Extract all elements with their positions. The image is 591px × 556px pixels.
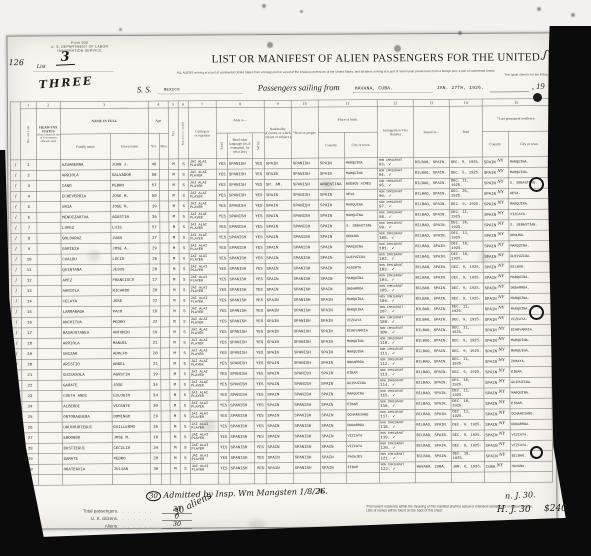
cell-birth-city: ONDARROA: [346, 357, 379, 368]
cell-marital: S: [180, 348, 190, 359]
header-res-country: Country.: [482, 131, 508, 157]
cell-race: SPANISH: [293, 400, 320, 411]
cell-family-name: BUSTIEGUI: [62, 443, 112, 454]
cell-res-city: ONDARROA.: [510, 419, 552, 430]
cell-write: YES: [253, 211, 265, 222]
cell-birth-city: VIZCAYA: [346, 431, 379, 442]
cell-age-yrs: 34: [150, 390, 161, 401]
cell-date: DEC. 9, 1925.: [451, 367, 484, 378]
cell-marital: S: [179, 316, 189, 327]
cell-date: DEC. 11, 1925.: [451, 325, 484, 336]
cell-sex: M: [169, 159, 179, 170]
cell-birth-city: ORDUNA: [345, 231, 378, 242]
cell-date: DEC. 10, 1925.: [450, 241, 483, 252]
cell-birth-city: MARQUINA: [345, 273, 378, 284]
cell-sex: M: [170, 379, 180, 390]
scan-stain: [200, 420, 216, 432]
cell-occupation: JAI ALAIPLAYER: [189, 285, 217, 296]
cell-birth-city: ONDARROA: [346, 420, 379, 431]
cell-sex: M: [169, 285, 179, 296]
cell-age-mos: [160, 306, 169, 317]
cell-birth-country: SPAIN: [319, 284, 345, 295]
cell-head-tax: [37, 275, 61, 286]
cell-head-tax: [38, 443, 62, 454]
cell-visa-number: NON IMMIGRANT121. ✓: [379, 451, 415, 462]
cell-write: YES: [254, 410, 266, 421]
cell-birth-country: SPAIN: [319, 210, 345, 221]
cell-age-yrs: 36: [149, 211, 160, 222]
cell-language: SPANISH: [228, 169, 253, 180]
cell-write: YES: [253, 274, 265, 285]
manifest-rows: /1AZUABERRAJUAN J.46MSJAI ALAIPLAYERYESS…: [11, 157, 553, 486]
handwritten-n-mark: n.: [318, 486, 326, 495]
cell-given-name: ANTONIO: [112, 327, 150, 338]
cell-visa-number: NON IMMIGRANT111. ✓: [379, 346, 415, 357]
cell-head-tax: [37, 160, 61, 171]
cell-issued-at: BILBAO, SPAIN.: [415, 378, 451, 389]
cell-occupation: JAI ALAIPLAYER: [189, 211, 217, 222]
cell-language: SPANISH: [228, 305, 253, 316]
cell-write: YES: [253, 200, 265, 211]
cell-sex: M: [169, 316, 179, 327]
cell-date: DEC. 9, 1925.: [450, 294, 483, 305]
cell-res-country: SPAINNY: [483, 157, 509, 168]
cell-given-name: JOSE: [111, 296, 149, 307]
cell-birth-city: ECHEVARRIA: [346, 326, 379, 337]
cell-res-country: SPAINNY: [484, 388, 510, 399]
cell-head-tax: [38, 401, 62, 412]
cell-issued-at: BILBAO, SPAIN.: [414, 241, 450, 252]
cell-race: SPANISH: [292, 274, 319, 285]
cell-res-country: SPAINNY: [483, 293, 509, 304]
cell-head-tax: [38, 391, 62, 402]
cell-family-name: GOLDARAZ: [61, 233, 111, 244]
cell-date: DEC. 11, 1925.: [450, 210, 483, 221]
cell-nationality: SPAIN: [266, 347, 293, 358]
cell-read: YES: [217, 159, 228, 170]
cell-age-yrs: 18: [149, 306, 160, 317]
cell-res-country: SPAINNY: [483, 304, 509, 315]
cell-row-number: 9: [21, 244, 37, 255]
cell-race: SPANISH: [293, 347, 320, 358]
table-header: 1 2 3 4 5 6 7 8 9 10 11 12 13 14: [10, 99, 550, 160]
cell-visa-number: NON IMMIGRANT114. ✓: [379, 378, 415, 389]
cell-sex: M: [169, 222, 179, 233]
cell-nationality: SPAIN: [265, 305, 292, 316]
cell-margin-tick: /: [11, 275, 21, 286]
cell-head-tax: [37, 212, 61, 223]
cell-issued-at: BILBAO, SPAIN.: [415, 367, 451, 378]
cell-given-name: ANGEL: [112, 359, 150, 370]
cell-birth-country: SPAIN: [319, 231, 345, 242]
cell-race: SPANISH: [293, 358, 320, 369]
cell-family-name: ARISTIO: [62, 359, 112, 370]
cell-nationality: SPAIN: [266, 421, 293, 432]
cell-date: DEC. 11, 1925.: [450, 231, 483, 242]
header-calling: Calling or occupation: [188, 108, 216, 159]
cell-marital: S: [179, 169, 189, 180]
cell-family-name: ALBERDI: [62, 401, 112, 412]
cell-age-yrs: 20: [150, 453, 161, 464]
cell-head-tax: [37, 265, 61, 276]
cell-read: YES: [217, 306, 228, 317]
cell-marital: S: [179, 201, 189, 212]
cell-birth-country: SPAIN: [319, 200, 345, 211]
cell-issued-at: HAVANA, CUBA.: [415, 462, 451, 473]
cell-given-name: JUAN: [111, 233, 149, 244]
cell-birth-country: SPAIN: [319, 168, 345, 179]
cell-birth-country: SPAIN: [319, 273, 345, 284]
cell-head-tax: [38, 380, 62, 391]
cell-date: DEC. 9, 1925.: [451, 346, 484, 357]
cell-sex: M: [169, 306, 179, 317]
cell-family-name: QUINTANA: [61, 264, 111, 275]
cell-marital: S: [179, 159, 189, 170]
cell-empty: [62, 474, 112, 485]
cell-margin-tick: /: [11, 191, 21, 202]
cell-marital: S: [180, 337, 190, 348]
cell-res-country: SPAINNY: [484, 346, 510, 357]
cell-res-country: CUBANY: [484, 461, 510, 472]
cell-birth-city: MARQUINA: [345, 305, 378, 316]
cell-marital: S: [179, 264, 189, 275]
header-race: *Race or people.: [291, 107, 318, 158]
cell-row-number: 16: [21, 317, 37, 328]
totals-value: 30: [162, 521, 192, 529]
cell-occupation: JAI ALAIPLAYER: [189, 295, 217, 306]
cell-read: YES: [218, 369, 229, 380]
scan-speckle: [571, 13, 575, 17]
cell-sex: M: [169, 201, 179, 212]
cell-birth-country: SPAIN: [320, 347, 346, 358]
manifest-table: 1 2 3 4 5 6 7 8 9 10 11 12 13 14: [10, 98, 553, 485]
cell-nationality: SPAIN: [265, 242, 292, 253]
cell-race: SPANISH: [293, 389, 320, 400]
cell-marital: S: [180, 432, 190, 443]
cell-birth-country: SPAIN: [319, 221, 345, 232]
cell-marital: S: [179, 211, 189, 222]
department-stamp: Form 500 U. S. DEPARTMENT OF LABOR IMMIG…: [30, 41, 130, 54]
cell-given-name: PEDRO: [111, 317, 149, 328]
cell-age-mos: [160, 159, 169, 170]
cell-empty: [150, 474, 161, 485]
cell-row-number: 24: [22, 401, 38, 412]
cell-occupation: JAI ALAIPLAYER: [190, 358, 218, 369]
cell-visa-number: NON IMMIGRANT110. ✓: [379, 336, 415, 347]
cell-write: YES: [253, 158, 265, 169]
cell-head-tax: [37, 286, 61, 297]
cell-birth-city: MARQUINA: [346, 389, 379, 400]
cell-nationality: SPAIN: [266, 337, 293, 348]
cell-visa-number: NON IMMIGRANT115. ✓: [379, 388, 415, 399]
cell-sex: M: [169, 295, 179, 306]
fine-print: ALL ALIENS arriving at a port of contine…: [177, 69, 551, 79]
cell-race: SPANISH: [292, 305, 319, 316]
cell-occupation: JAI ALAIPLAYER: [189, 190, 217, 201]
cell-empty: [451, 472, 484, 483]
cell-visa-number: NON IMMIGRANT119. ✓: [379, 430, 415, 441]
header-family-name: Family name: [60, 134, 110, 160]
cell-occupation: JAI ALAIPLAYER: [189, 169, 217, 180]
cell-family-name: ORATEGUIA: [62, 464, 112, 475]
cell-issued-at: BILBAO, SPAIN.: [415, 430, 451, 441]
cell-given-name: JESUS: [111, 264, 149, 275]
cell-write: YES: [254, 379, 266, 390]
cell-empty: [170, 474, 180, 485]
cell-age-yrs: 34: [150, 442, 161, 453]
cell-occupation: JAI ALAIPLAYER: [189, 201, 217, 212]
cell-age-mos: [160, 180, 169, 191]
cell-sex: M: [170, 411, 180, 422]
cell-res-country: SPAINNY: [483, 199, 509, 210]
cell-race: SPANISH: [292, 253, 319, 264]
cell-nationality: SPAIN: [265, 263, 292, 274]
cell-birth-country: SPAIN: [320, 452, 346, 463]
cell-visa-number: NON IMMIGRANT108. ✓: [378, 315, 414, 326]
cell-date: DEC. 9, 1925.: [451, 420, 484, 431]
cell-row-number: 3: [21, 181, 37, 192]
cell-age-mos: [160, 243, 169, 254]
cell-marital: S: [179, 222, 189, 233]
cell-nationality: SPAIN: [265, 200, 292, 211]
cell-age-mos: [160, 285, 169, 296]
cell-occupation: JAI ALAIPLAYER: [189, 316, 217, 327]
cell-birth-country: SPAIN: [320, 357, 346, 368]
cell-date: DEC. 9, 1925.: [450, 262, 483, 273]
cell-sex: M: [170, 463, 180, 474]
cell-res-country: SPAINNY: [484, 409, 510, 420]
cell-age-mos: [160, 274, 169, 285]
cell-row-number: 8: [21, 233, 37, 244]
cell-family-name: URIA: [61, 201, 111, 212]
cell-birth-city: GUIPUZCOA: [346, 378, 379, 389]
cell-head-tax: [38, 359, 62, 370]
cell-family-name: APEZ: [61, 275, 111, 286]
cell-age-mos: [161, 348, 170, 359]
cell-age-yrs: 17: [149, 274, 160, 285]
cell-age-yrs: 46: [149, 159, 160, 170]
cell-birth-city: MARQUINA: [345, 242, 378, 253]
cell-row-number: 1: [21, 160, 37, 171]
cell-res-country: SPAINNY: [483, 262, 509, 273]
cell-row-number: 25: [22, 412, 38, 423]
cell-birth-city: EIBAR: [346, 399, 379, 410]
cell-res-country: SPAINNY: [483, 230, 509, 241]
cell-race: SPANISH: [293, 410, 320, 421]
cell-visa-number: NON IMMIGRANT118. ✓: [379, 420, 415, 431]
cell-res-country: SPAINNY: [484, 377, 510, 388]
totals-leader-dots: . . . . . . .: [117, 509, 162, 514]
cell-sex: M: [170, 327, 180, 338]
header-able-to: Able to—: [216, 107, 264, 133]
cell-sex: M: [170, 390, 180, 401]
cell-given-name: EULOGIO: [112, 390, 150, 401]
cell-empty: [320, 473, 346, 484]
cell-sex: M: [169, 264, 179, 275]
cell-date: DEC. 11, 1925.: [451, 388, 484, 399]
cell-given-name: DOMINGO: [112, 411, 150, 422]
col-num: 5: [168, 101, 178, 108]
hole-punch-ring: [529, 305, 544, 320]
cell-write: YES: [254, 326, 266, 337]
cell-age-mos: [161, 337, 170, 348]
cell-margin-tick: /: [11, 160, 21, 171]
cell-family-name: CELAYA: [61, 296, 111, 307]
cell-head-tax: [37, 233, 61, 244]
cell-language: SPANISH: [229, 452, 254, 463]
cell-issued-at: BILBAO, SPAIN.: [414, 199, 450, 210]
cell-given-name: JULIAN: [112, 464, 150, 475]
cell-res-country: SPAINNY: [483, 188, 509, 199]
cell-row-number: 22: [22, 380, 38, 391]
cell-issued-at: BILBAO, SPAIN.: [414, 220, 450, 231]
cell-date: DEC. 9, 1925.: [450, 273, 483, 284]
totals-label: U. S. citizens: [62, 516, 117, 521]
cell-birth-city: DEVA: [345, 189, 378, 200]
cell-nationality: SPAIN: [265, 253, 292, 264]
cell-read: YES: [217, 264, 228, 275]
cell-visa-number: NON IMMIGRANT101. ✓: [378, 241, 414, 252]
list-label: List: [37, 62, 46, 70]
cell-race: SPANISH: [293, 431, 320, 442]
cell-date: JAN. 6, 1926.: [451, 462, 484, 473]
cell-race: SPANISH: [293, 442, 320, 453]
cell-res-city: MARQUINA.: [509, 293, 551, 304]
cell-read: YES: [217, 180, 228, 191]
ship-name-line: [158, 93, 243, 94]
cell-read: YES: [218, 432, 229, 443]
cell-race: SPANISH: [293, 421, 320, 432]
cell-row-number: 15: [21, 307, 37, 318]
cell-family-name: GURIEZA: [61, 243, 111, 254]
passenger-totals: Total passengers. . . . . . .30U. S. cit…: [62, 506, 322, 554]
cell-given-name: PACO: [111, 306, 149, 317]
cell-family-name: ERDONDO: [62, 432, 112, 443]
cell-date: DEC. 9, 1925.: [450, 315, 483, 326]
cell-empty: [38, 475, 62, 486]
cell-issued-at: BILBAO, SPAIN.: [414, 304, 450, 315]
cell-language: SPANISH: [229, 463, 254, 474]
cell-given-name: FRANCISCO: [111, 275, 149, 286]
handwritten-nj-mark: n. J. 30.: [505, 490, 536, 501]
cell-res-city: MARQUINA.: [509, 199, 551, 210]
col-num: 6: [178, 101, 188, 108]
cell-birth-city: PASAJES: [346, 452, 379, 463]
cell-margin-tick: /: [11, 317, 21, 328]
cell-age-mos: [161, 432, 170, 443]
cell-res-city: EIBAR.: [510, 398, 552, 409]
blank-line: [490, 91, 529, 92]
circled-count: 30: [146, 491, 161, 501]
cell-row-number: 5: [21, 202, 37, 213]
cell-nationality: SPAIN: [265, 316, 292, 327]
cell-res-city: GUIPUZCOA.: [509, 251, 551, 262]
header-sex: Sex: [168, 108, 178, 159]
cell-head-tax: [38, 349, 62, 360]
cell-issued-at: BILBAO, SPAIN.: [415, 420, 451, 431]
cell-write: YES: [253, 221, 265, 232]
cell-language: SPANISH: [229, 442, 254, 453]
cell-read: YES: [217, 253, 228, 264]
cell-row-number: 13: [21, 286, 37, 297]
cell-write: YES: [253, 263, 265, 274]
cell-head-tax: [37, 296, 61, 307]
cell-empty: [415, 472, 451, 483]
header-place-of-birth: Place of birth.: [318, 107, 377, 133]
cell-res-city: MARQUINA.: [509, 157, 551, 168]
cell-read: YES: [218, 421, 229, 432]
cell-res-city: MARQUINA.: [509, 272, 551, 283]
cell-birth-city: VIZCAYA: [345, 315, 378, 326]
cell-birth-country: SPAIN: [320, 326, 346, 337]
cell-visa-number: NON IMMIGRANT113. ✓: [379, 367, 415, 378]
cell-date: DEC. 9, 1925.: [451, 430, 484, 441]
cell-read: YES: [217, 222, 228, 233]
cell-date: DEC. 9, 1925.: [450, 157, 483, 168]
cell-write: YES: [254, 347, 266, 358]
cell-language: SPANISH: [229, 337, 254, 348]
list-number-line: [34, 71, 114, 72]
cell-marital: S: [179, 243, 189, 254]
cell-res-country: SPAINNY: [484, 419, 510, 430]
cell-occupation: JAI ALAIPLAYER: [190, 442, 218, 453]
cell-row-number: 4: [21, 191, 37, 202]
cell-nationality: SPAIN: [266, 463, 293, 474]
cell-age-yrs: 18: [150, 432, 161, 443]
cell-given-name: LUIS: [111, 222, 149, 233]
cell-birth-country: SPAIN: [320, 420, 346, 431]
cell-birth-country: SPAIN: [319, 263, 345, 274]
cell-issued-at: BILBAO, SPAIN.: [415, 336, 451, 347]
cell-sex: M: [170, 432, 180, 443]
cell-age-yrs: 57: [149, 180, 160, 191]
cell-visa-number: NON IMMIGRANT98. ✓: [378, 210, 414, 221]
cell-margin-tick: /: [11, 296, 21, 307]
cell-res-country: SPAINNY: [484, 430, 510, 441]
cell-age-yrs: 29: [149, 243, 160, 254]
cell-age-mos: [161, 463, 170, 474]
cell-language: SPANISH: [229, 347, 254, 358]
cell-sex: M: [169, 232, 179, 243]
cell-row-number: 14: [21, 296, 37, 307]
cell-sex: M: [170, 442, 180, 453]
cell-empty: [346, 473, 379, 484]
cell-visa-number: NON IMMIGRANT112. ✓: [379, 357, 415, 368]
cell-given-name: JUAN J.: [111, 159, 149, 170]
cell-issued-at: BILBAO, SPAIN.: [415, 388, 451, 399]
cell-read: YES: [217, 243, 228, 254]
cell-age-mos: [161, 358, 170, 369]
cell-birth-country: SPAIN: [319, 158, 345, 169]
cell-res-country: SPAINNY: [484, 451, 510, 462]
cell-marital: S: [180, 421, 190, 432]
cell-read: YES: [218, 411, 229, 422]
cell-read: YES: [218, 348, 229, 359]
cell-issued-at: BILBAO, SPAIN.: [414, 178, 450, 189]
cell-write: YES: [254, 358, 266, 369]
header-read: Read: [216, 133, 227, 159]
cell-age-yrs: 50: [149, 190, 160, 201]
cell-nationality: SPAIN: [266, 400, 293, 411]
cell-res-city: MARQUINA.: [510, 388, 552, 399]
cell-age-mos: [160, 201, 169, 212]
cell-given-name: MANUEL: [112, 338, 150, 349]
cell-issued-at: BILBAO, SPAIN.: [414, 231, 450, 242]
cell-marital: S: [179, 306, 189, 317]
cell-empty: [229, 473, 254, 484]
header-age: Age: [148, 108, 168, 134]
cell-nationality: SPAIN: [266, 442, 293, 453]
